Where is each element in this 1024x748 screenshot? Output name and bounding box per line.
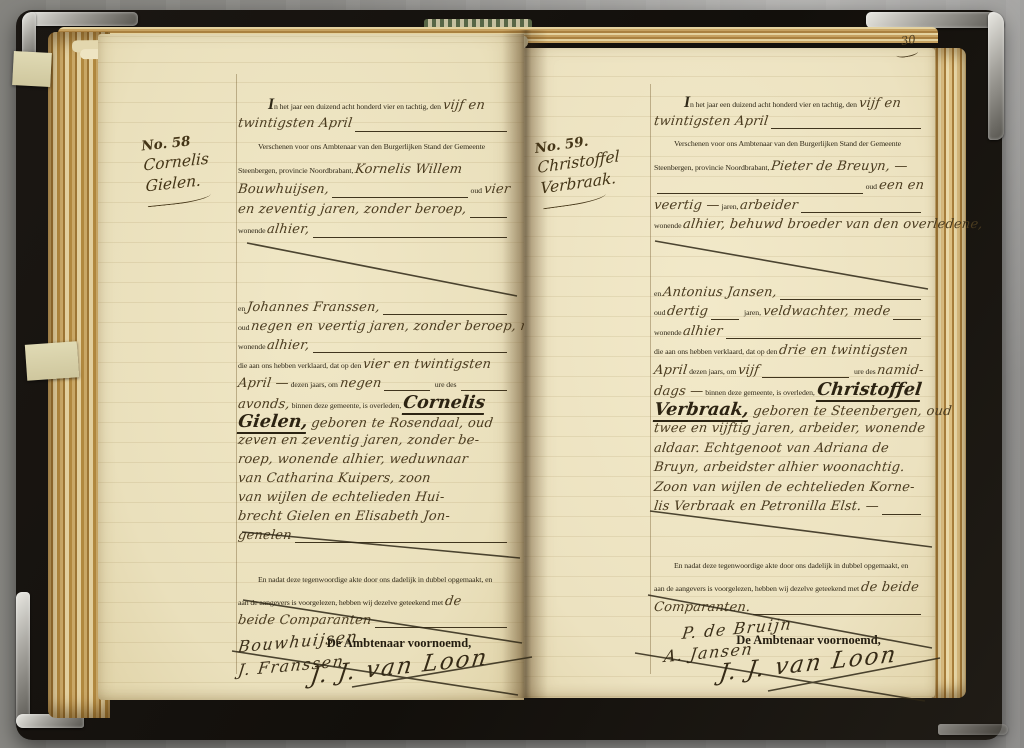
deceased-line: genelen (238, 528, 510, 547)
death-hour: negen (339, 376, 382, 391)
printed-declaration: die aan ons hebben verklaard, dat op den (654, 347, 779, 356)
metal-corner-top-right (866, 12, 1004, 28)
declarant2-occupation: veldwachter, mede (762, 304, 891, 319)
deceased-line: brecht Gielen en Elisabeth Jon- (238, 509, 510, 528)
printed-municipality: Steenbergen, provincie Noordbrabant, (654, 163, 771, 172)
fill-rule (726, 338, 921, 339)
fill-rule (295, 542, 507, 543)
declarant2-line: en Antonius Jansen, (654, 285, 924, 305)
declarant2-name: Antonius Jansen, (662, 285, 778, 300)
appeared-line: Verschenen voor ons Ambtenaar van den Bu… (238, 142, 510, 162)
declarant2-age: negen en veertig jaren, zonder beroep, m… (250, 319, 558, 334)
declarant1-line: en zeventig jaren, zonder beroep, (238, 202, 510, 222)
municipality-line: Steenbergen, provincie Noordbrabant, Kor… (238, 162, 510, 182)
death-date: vier en twintigsten (362, 357, 492, 372)
left-page: No. 58 Cornelis Gielen. In het jaar een … (98, 34, 524, 700)
printed-overleden: binnen deze gemeente, is overleden, (290, 401, 403, 410)
printed-oud: oud (471, 186, 484, 195)
municipality-line: Steenbergen, provincie Noordbrabant, Pie… (654, 159, 924, 179)
handwritten-act-month: twintigsten April (653, 114, 769, 129)
deceased-details: aldaar. Echtgenoot van Adriana de (653, 441, 890, 456)
deceased-first-name: Cornelis (402, 395, 486, 415)
deceased-details: twee en vijftig jaren, arbeider, wonende (653, 421, 926, 436)
declarant2-residence: alhier, (266, 338, 310, 353)
closing-handwritten: de beide (860, 580, 920, 595)
metal-corner-top-left (22, 12, 138, 26)
deceased-line: van wijlen de echtelieden Hui- (238, 490, 510, 509)
fill-rule (313, 237, 507, 238)
fill-rule (657, 193, 863, 194)
death-daypart: avonds, (237, 397, 291, 412)
deceased-details: van wijlen de echtelieden Hui- (237, 490, 445, 505)
official-signature: J. J. van Loon (718, 641, 899, 686)
deceased-first-name: Christoffel (815, 382, 922, 402)
act-date-line: twintigsten April (238, 116, 510, 136)
fill-rule (332, 197, 467, 198)
printed-closing: En nadat deze tegenwoordige akte door on… (258, 575, 492, 584)
deceased-line: aldaar. Echtgenoot van Adriana de (654, 441, 924, 461)
deceased-last-name: Verbraak, (653, 402, 750, 422)
printed-dezen-jaars: dezen jaars, om (289, 380, 340, 389)
deceased-details: lis Verbraak en Petronilla Elst. — (653, 499, 880, 514)
metal-corner-bottom-right (938, 724, 1008, 735)
official-block: De Ambtenaar voornoemd, J. J. van Loon (696, 631, 921, 677)
fill-rule (762, 377, 849, 378)
death-record-59: In het jaar een duizend acht honderd vie… (654, 94, 924, 667)
printed-municipality: Steenbergen, provincie Noordbrabant, (238, 166, 355, 175)
handwritten-act-day: vijf en (858, 96, 902, 111)
printed-jaren: jaren, (720, 202, 741, 211)
page-marker-tab (12, 51, 52, 87)
deceased-details: geboren te Rosendaal, oud (306, 416, 494, 431)
printed-wonende: wonende (654, 328, 683, 337)
printed-overleden: binnen deze gemeente, is overleden, (703, 388, 816, 397)
fill-rule (383, 314, 507, 315)
death-daypart: namid- (877, 363, 925, 378)
page-number-annotation: 30 (900, 32, 916, 48)
printed-ure-des: ure des (433, 380, 458, 389)
declarant2-line: oud dertig jaren, veldwachter, mede (654, 304, 924, 324)
deceased-line: Bruyn, arbeidster alhier woonachtig. (654, 460, 924, 480)
act-date-line: In het jaar een duizend acht honderd vie… (238, 96, 510, 116)
deceased-last-name: Gielen, (237, 414, 309, 434)
margin-fold-line (650, 84, 651, 674)
declarant2-name: Johannes Franssen, (246, 300, 381, 315)
declarant1-line: oud een en (654, 178, 924, 198)
declarant1-line: veertig — jaren, arbeider (654, 198, 924, 218)
metal-corner-top-right (988, 12, 1004, 140)
deceased-line: van Catharina Kuipers, zoon (238, 471, 510, 490)
death-daypart: dags — (653, 384, 704, 399)
death-date: April (653, 363, 688, 378)
margin-fold-line (236, 74, 237, 674)
deceased-details: zeven en zeventig jaren, zonder be- (237, 433, 480, 448)
deceased-line: dags — binnen deze gemeente, is overlede… (654, 382, 924, 402)
declarant1-name: Kornelis Willem (354, 162, 463, 177)
death-date: drie en twintigsten (778, 343, 909, 358)
deceased-line: Zoon van wijlen de echtelieden Korne- (654, 480, 924, 500)
printed-dezen-jaars: dezen jaars, om (687, 367, 738, 376)
death-date: April — (237, 376, 290, 391)
handwritten-act-day: vijf en (442, 98, 486, 113)
printed-oud: oud (238, 323, 251, 332)
printed-closing: aan de aangevers is voorgelezen, hebben … (238, 598, 445, 607)
deceased-line: Verbraak, geboren te Steenbergen, oud (654, 402, 924, 422)
declarant1-residence: alhier, (266, 222, 310, 237)
printed-wonende: wonende (238, 226, 267, 235)
declarant2-residence-line: wonende alhier, (238, 338, 510, 357)
margin-annotation-59: No. 59. Christoffel Verbraak. (534, 129, 626, 210)
printed-appeared: Verschenen voor ons Ambtenaar van den Bu… (674, 139, 901, 148)
declarant2-line: en Johannes Franssen, (238, 300, 510, 319)
declarant2-residence: alhier (682, 324, 723, 339)
declarant1-line: Bouwhuijsen, oud vier (238, 182, 510, 202)
declarant1-age: een en (878, 178, 925, 193)
deceased-details: roep, wonende alhier, weduwnaar (237, 452, 469, 467)
metal-corner-bottom-left (16, 592, 30, 728)
declarant1-residence-line: wonende alhier, (238, 222, 510, 242)
declarant2-line: oud negen en veertig jaren, zonder beroe… (238, 319, 510, 338)
declarant1-age: en zeventig jaren, zonder beroep, (237, 202, 467, 217)
page-marker-tab (25, 341, 79, 381)
printed-oud: oud (654, 308, 667, 317)
fill-rule (711, 319, 739, 320)
printed-closing: En nadat deze tegenwoordige akte door on… (674, 561, 908, 570)
deceased-line: zeven en zeventig jaren, zonder be- (238, 433, 510, 452)
fill-rule (470, 217, 507, 218)
declarant1-age: vier (483, 182, 511, 197)
act-date-line: twintigsten April (654, 114, 924, 134)
deceased-line: twee en vijftig jaren, arbeider, wonende (654, 421, 924, 441)
closing-line: En nadat deze tegenwoordige akte door on… (238, 575, 510, 594)
declarant2-residence-line: wonende alhier (654, 324, 924, 344)
declaration-line: die aan ons hebben verklaard, dat op den… (654, 343, 924, 363)
fill-rule (461, 390, 507, 391)
closing-handwritten: de (444, 594, 462, 609)
death-record-58: In het jaar een duizend acht honderd vie… (238, 96, 510, 680)
printed-closing: aan de aangevers is voorgelezen, hebben … (654, 584, 861, 593)
printed-opening: In het jaar een duizend acht honderd vie… (268, 96, 443, 114)
deceased-details: brecht Gielen en Elisabeth Jon- (237, 509, 451, 524)
death-hour: vijf (737, 363, 760, 378)
fill-rule (771, 128, 921, 129)
fill-rule (893, 319, 921, 320)
fill-rule (384, 390, 430, 391)
declarant1-age: veertig — (653, 198, 720, 213)
deceased-line: roep, wonende alhier, weduwnaar (238, 452, 510, 471)
closing-line: beide Comparanten (238, 613, 510, 632)
closing-line: aan de aangevers is voorgelezen, hebben … (654, 580, 924, 600)
fill-rule (355, 131, 507, 132)
declarant1-residence-line: wonende alhier, behuwd broeder van den o… (654, 217, 924, 237)
deceased-details: genelen (237, 528, 293, 543)
deceased-details: Zoon van wijlen de echtelieden Korne- (653, 480, 916, 495)
closing-handwritten: beide Comparanten (237, 613, 372, 628)
right-page: No. 59. Christoffel Verbraak. In het jaa… (524, 48, 935, 698)
closing-line: En nadat deze tegenwoordige akte door on… (654, 561, 924, 581)
printed-wonende: wonende (238, 342, 267, 351)
printed-opening: In het jaar een duizend acht honderd vie… (684, 94, 859, 112)
blank-struck-space (238, 547, 510, 575)
printed-wonende: wonende (654, 221, 683, 230)
photograph-of-open-register: No. 58 Cornelis Gielen. In het jaar een … (0, 0, 1024, 748)
fill-rule (801, 212, 921, 213)
act-date-line: In het jaar een duizend acht honderd vie… (654, 94, 924, 114)
printed-declaration: die aan ons hebben verklaard, dat op den (238, 361, 363, 370)
declarant1-residence: alhier, behuwd broeder van den overleden… (682, 217, 983, 232)
fill-rule (313, 352, 507, 353)
printed-ure-des: ure des (852, 367, 877, 376)
closing-line: aan de aangevers is voorgelezen, hebben … (238, 594, 510, 613)
closing-handwritten: Comparanten. (653, 600, 751, 615)
blank-struck-space (238, 242, 510, 300)
margin-annotation-58: No. 58 Cornelis Gielen. (141, 131, 214, 207)
official-block: De Ambtenaar voornoemd, J. J. van Loon (284, 634, 514, 680)
deceased-details: geboren te Steenbergen, oud (748, 404, 952, 419)
declaration-line: die aan ons hebben verklaard, dat op den… (238, 357, 510, 376)
declarant1-name: Pieter de Breuyn, — (770, 159, 908, 174)
handwritten-act-month: twintigsten April (237, 116, 353, 131)
declarant1-occupation: arbeider (739, 198, 799, 213)
page-block-fore-edge (933, 48, 966, 698)
official-signature: J. J. van Loon (308, 644, 489, 689)
deceased-details: Bruyn, arbeidster alhier woonachtig. (653, 460, 905, 475)
fill-rule (882, 514, 921, 515)
blank-struck-space (654, 237, 924, 285)
fill-rule (375, 627, 507, 628)
deceased-line: Gielen, geboren te Rosendaal, oud (238, 414, 510, 433)
declarant1-name: Bouwhuijsen, (237, 182, 330, 197)
printed-appeared: Verschenen voor ons Ambtenaar van den Bu… (258, 142, 485, 151)
declarant2-age: dertig (666, 304, 709, 319)
appeared-line: Verschenen voor ons Ambtenaar van den Bu… (654, 139, 924, 159)
deceased-line: lis Verbraak en Petronilla Elst. — (654, 499, 924, 519)
printed-jaren: jaren, (742, 308, 763, 317)
fill-rule (780, 299, 921, 300)
printed-oud: oud (866, 182, 879, 191)
deceased-details: van Catharina Kuipers, zoon (237, 471, 432, 486)
blank-struck-space (654, 519, 924, 561)
